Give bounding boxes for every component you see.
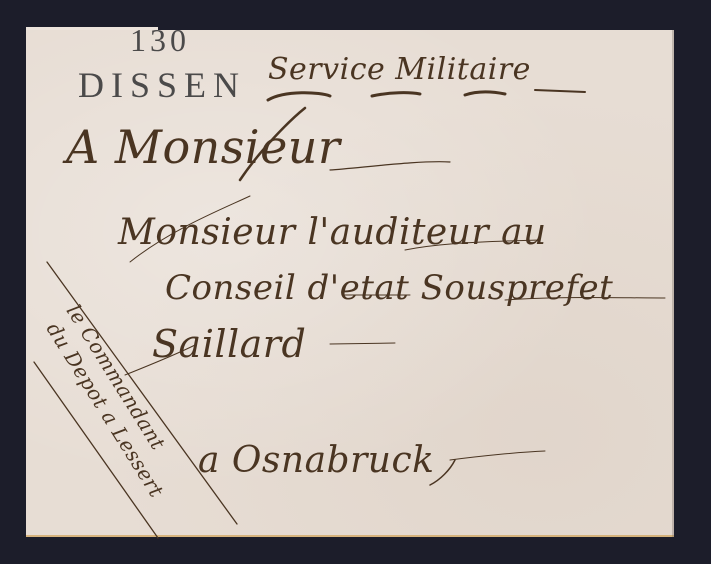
pen-flourishes — [0, 0, 711, 564]
